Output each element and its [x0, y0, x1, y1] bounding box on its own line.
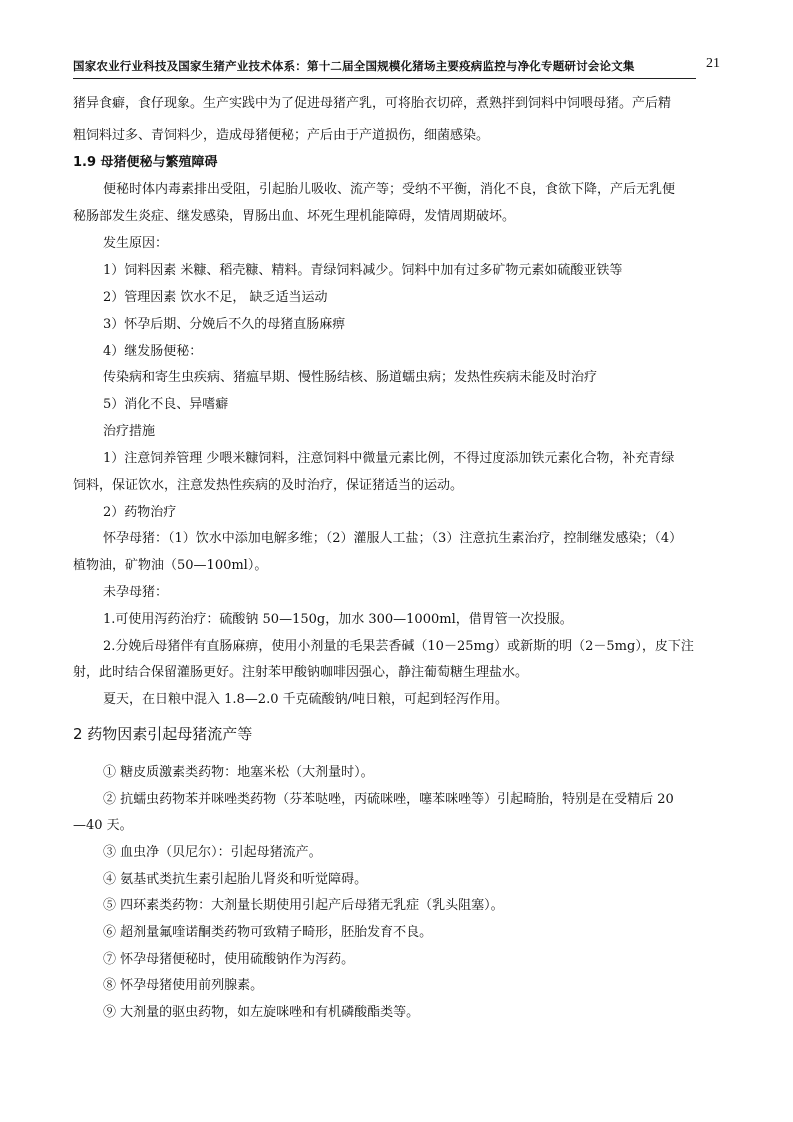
- text-line: 2）管理因素 饮水不足， 缺乏适当运动: [103, 290, 328, 306]
- text-line: ⑦ 怀孕母猪便秘时，使用硫酸钠作为泻药。: [103, 952, 354, 968]
- text-line: 治疗措施: [103, 424, 155, 440]
- text-line: 未孕母猪：: [103, 585, 168, 601]
- text-line: ⑥ 超剂量氟喹诺酮类药物可致精子畸形，胚胎发育不良。: [103, 925, 432, 941]
- page-number: 21: [706, 56, 720, 72]
- text-line: 夏天，在日粮中混入 1.8—2.0 千克硫酸钠/吨日粮，可起到轻泻作用。: [103, 692, 508, 708]
- text-line: 1）注意饲养管理 少喂米糠饲料，注意饲料中微量元素比例，不得过度添加铁元素化合物…: [103, 451, 674, 467]
- text-line: ⑤ 四环素类药物：大剂量长期使用引起产后母猪无乳症（乳头阻塞）。: [103, 898, 504, 914]
- text-line: 秘肠部发生炎症、继发感染，胃肠出血、坏死生理机能障碍，发情周期破坏。: [73, 209, 515, 225]
- text-line: 粗饲料过多、青饲料少，造成母猪便秘；产后由于产道损伤，细菌感染。: [73, 128, 489, 144]
- header-title: 国家农业行业科技及国家生猪产业技术体系：第十二届全国规模化猪场主要疫病监控与净化…: [73, 58, 635, 74]
- running-header: 国家农业行业科技及国家生猪产业技术体系：第十二届全国规模化猪场主要疫病监控与净化…: [73, 56, 696, 79]
- text-line: ⑧ 怀孕母猪使用前列腺素。: [103, 978, 263, 994]
- text-line: ④ 氨基甙类抗生素引起胎儿肾炎和听觉障碍。: [103, 872, 367, 888]
- text-line: ③ 血虫净（贝尼尔）：引起母猪流产。: [103, 845, 322, 861]
- section-heading: 2 药物因素引起母猪流产等: [73, 726, 252, 742]
- text-line: 发生原因：: [103, 236, 168, 252]
- text-line: 5）消化不良、异嗜癖: [103, 397, 228, 413]
- text-line: 2.分娩后母猪伴有直肠麻痹，使用小剂量的毛果芸香碱（10－25mg）或新斯的明（…: [103, 639, 694, 655]
- text-line: ② 抗蠕虫药物苯并咪唑类药物（芬苯哒唑，丙硫咪唑，噻苯咪唑等）引起畸胎，特别是在…: [103, 792, 674, 808]
- text-line: 植物油，矿物油（50—100ml）。: [73, 558, 267, 574]
- section-heading: 1.9 母猪便秘与繁殖障碍: [73, 155, 218, 171]
- text-line: ⑨ 大剂量的驱虫药物，如左旋咪唑和有机磷酸酯类等。: [103, 1005, 419, 1021]
- text-line: 饲料，保证饮水，注意发热性疾病的及时治疗，保证猪适当的运动。: [73, 478, 463, 494]
- text-line: 1.可使用泻药治疗：硫酸钠 50—150g，加水 300—1000ml，借胃管一…: [103, 612, 573, 628]
- text-line: —40 天。: [73, 818, 133, 834]
- text-line: 传染病和寄生虫疾病、猪瘟早期、慢性肠结核、肠道蠕虫病；发热性疾病未能及时治疗: [103, 370, 597, 386]
- text-line: 便秘时体内毒素排出受阻，引起胎儿吸收、流产等；受纳不平衡，消化不良，食欲下降，产…: [103, 182, 675, 198]
- text-line: ① 糖皮质激素类药物：地塞米松（大剂量时）。: [103, 765, 374, 781]
- text-line: 3）怀孕后期、分娩后不久的母猪直肠麻痹: [103, 317, 345, 333]
- text-line: 射，此时结合保留灌肠更好。注射苯甲酸钠咖啡因强心，静注葡萄糖生理盐水。: [73, 665, 528, 681]
- text-line: 1）饲料因素 米糠、稻壳糠、精料。青绿饲料减少。饲料中加有过多矿物元素如硫酸亚铁…: [103, 263, 622, 279]
- text-line: 2）药物治疗: [103, 505, 176, 521]
- text-line: 猪异食癖，食仔现象。生产实践中为了促进母猪产乳，可将胎衣切碎，煮熟拌到饲料中饲喂…: [73, 96, 671, 112]
- text-line: 怀孕母猪：（1）饮水中添加电解多维；（2）灌服人工盐；（3）注意抗生素治疗，控制…: [103, 531, 682, 547]
- text-line: 4）继发肠便秘：: [103, 344, 202, 360]
